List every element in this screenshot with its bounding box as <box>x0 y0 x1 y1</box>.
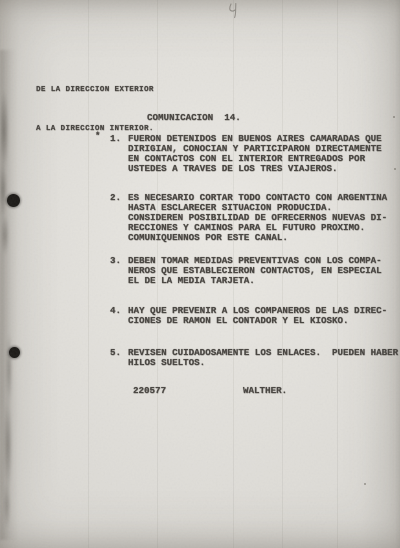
item-line: CIONES DE RAMON EL CONTADOR Y EL KIOSKO. <box>128 316 387 326</box>
item-number: 2. <box>110 193 128 243</box>
item-text: ES NECESARIO CORTAR TODO CONTACTO CON AR… <box>128 193 387 243</box>
list-item: 3. DEBEN TOMAR MEDIDAS PREVENTIVAS CON L… <box>110 256 382 286</box>
item-number: 1. <box>110 134 128 174</box>
numbered-item-list: 1. FUERON DETENIDOS EN BUENOS AIRES CAMA… <box>0 0 400 548</box>
item-number: 5. <box>110 348 128 368</box>
item-line: COMUNIQUENNOS POR ESTE CANAL. <box>128 233 387 243</box>
paper-crease-line <box>233 0 234 548</box>
item-text: DEBEN TOMAR MEDIDAS PREVENTIVAS CON LOS … <box>128 256 382 286</box>
item-line: EL DE LA MEDIA TARJETA. <box>128 276 382 286</box>
item-line: USTEDES A TRAVES DE LOS TRES VIAJEROS. <box>128 164 382 174</box>
paper-speck <box>393 116 395 118</box>
item-text: REVISEN CUIDADOSAMENTE LOS ENLACES. PUED… <box>128 348 398 368</box>
left-edge-smudge <box>0 50 16 540</box>
paper-speck <box>394 168 396 170</box>
scanned-document-page: DE LA DIRECCION EXTERIOR A LA DIRECCION … <box>0 0 400 548</box>
hole-punch-mark <box>7 194 20 207</box>
item-line: HILOS SUELTOS. <box>128 358 398 368</box>
paper-speck <box>364 483 366 485</box>
item-text: FUERON DETENIDOS EN BUENOS AIRES CAMARAD… <box>128 134 382 174</box>
item-text: HAY QUE PREVENIR A LOS COMPANEROS DE LAS… <box>128 306 387 326</box>
list-item: 1. FUERON DETENIDOS EN BUENOS AIRES CAMA… <box>110 134 382 174</box>
paper-crease-line <box>157 0 158 548</box>
paper-crease-line <box>337 0 338 548</box>
item-number: 3. <box>110 256 128 286</box>
paper-crease-line <box>88 0 89 548</box>
list-item: 2. ES NECESARIO CORTAR TODO CONTACTO CON… <box>110 193 387 243</box>
date-stamp: 220577 <box>133 385 166 396</box>
item-number: 4. <box>110 306 128 326</box>
hole-punch-mark <box>9 347 20 358</box>
signature-name: WALTHER. <box>243 385 287 396</box>
list-item: 4. HAY QUE PREVENIR A LOS COMPANEROS DE … <box>110 306 387 326</box>
list-item: 5. REVISEN CUIDADOSAMENTE LOS ENLACES. P… <box>110 348 398 368</box>
paper-crease-line <box>282 0 283 548</box>
